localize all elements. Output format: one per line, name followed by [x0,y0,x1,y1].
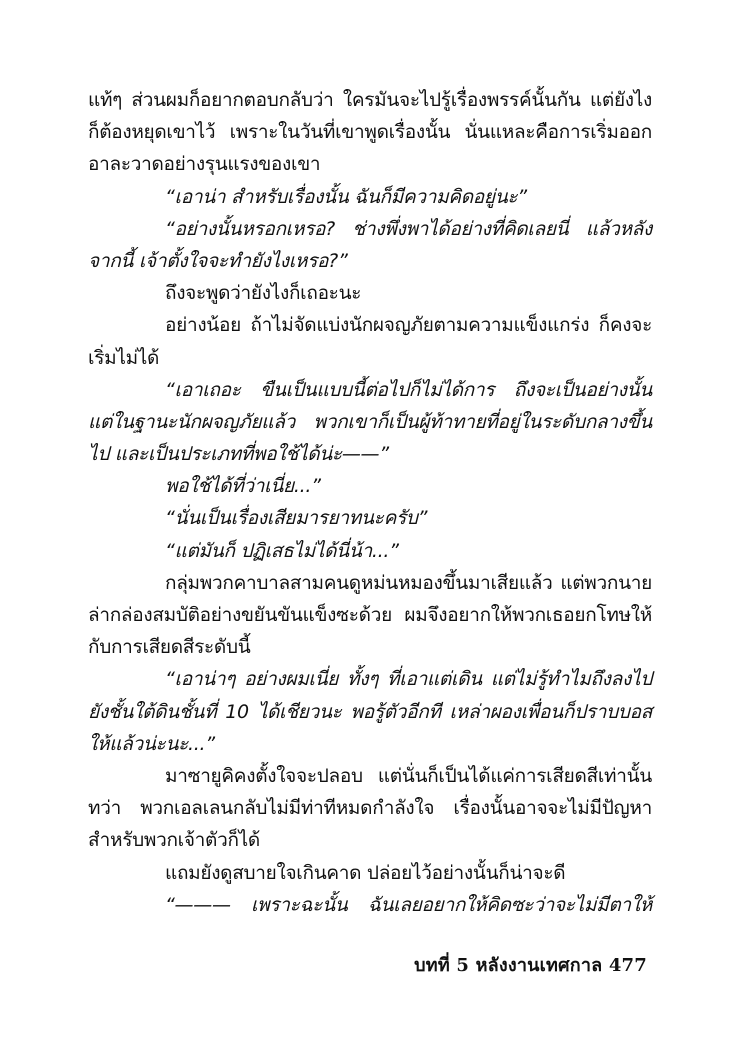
text-line: ก็ต้องหยุดเขาไว้ เพราะในวันที่เขาพูดเรื่… [88,116,652,148]
text-line: เริ่มไม่ได้ [88,342,652,374]
text-line: จากนี้ เจ้าตั้งใจจะทำยังไงเหรอ?” [88,245,652,277]
text-line: “เอาน่า สำหรับเรื่องนั้น ฉันก็มีความคิดอ… [88,181,652,213]
page-body: แท้ๆ ส่วนผมก็อยากตอบกลับว่า ใครมันจะไปรู… [88,84,652,921]
text-line: “——— เพราะฉะนั้น ฉันเลยอยากให้คิดซะว่าจะ… [88,889,652,921]
text-line: แถมยังดูสบายใจเกินคาด ปล่อยไว้อย่างนั้นก… [88,857,652,889]
text-line: “นั่นเป็นเรื่องเสียมารยาทนะครับ” [88,502,652,534]
text-line: ให้แล้วน่ะนะ...” [88,728,652,760]
text-line: สำหรับพวกเจ้าตัวก็ได้ [88,824,652,856]
text-line: แต่ในฐานะนักผจญภัยแล้ว พวกเขาก็เป็นผู้ท้… [88,406,652,438]
running-footer: บทที่ 5 หลังงานเทศกาล 477 [414,950,647,979]
text-line: ล่ากล่องสมบัติอย่างขยันขันแข็งซะด้วย ผมจ… [88,599,652,631]
text-line: แท้ๆ ส่วนผมก็อยากตอบกลับว่า ใครมันจะไปรู… [88,84,652,116]
text-line: “แต่มันก็ ปฏิเสธไม่ได้นี่น้า...” [88,535,652,567]
text-line: ทว่า พวกเอลเลนกลับไม่มีท่าทีหมดกำลังใจ เ… [88,792,652,824]
text-line: “เอาเถอะ ขืนเป็นแบบนี้ต่อไปก็ไม่ได้การ ถ… [88,374,652,406]
text-line: มาซายูคิคงตั้งใจจะปลอบ แต่นั่นก็เป็นได้แ… [88,760,652,792]
text-line: “อย่างนั้นหรอกเหรอ? ช่างพึ่งพาได้อย่างที… [88,213,652,245]
text-line: อาละวาดอย่างรุนแรงของเขา [88,148,652,180]
text-line: ถึงจะพูดว่ายังไงก็เถอะนะ [88,277,652,309]
text-line: กลุ่มพวกคาบาลสามคนดูหม่นหมองขึ้นมาเสียแล… [88,567,652,599]
text-line: กับการเสียดสีระดับนี้ [88,631,652,663]
text-line: พอใช้ได้ที่ว่าเนี่ย...” [88,470,652,502]
text-line: อย่างน้อย ถ้าไม่จัดแบ่งนักผจญภัยตามความแ… [88,309,652,341]
text-line: ยังชั้นใต้ดินชั้นที่ 10 ได้เชียวนะ พอรู้… [88,696,652,728]
text-line: ไป และเป็นประเภทที่พอใช้ได้น่ะ——” [88,438,652,470]
text-line: “เอาน่าๆ อย่างผมเนี่ย ทั้งๆ ที่เอาแต่เดิ… [88,663,652,695]
footer-text: บทที่ 5 หลังงานเทศกาล 477 [414,955,647,976]
